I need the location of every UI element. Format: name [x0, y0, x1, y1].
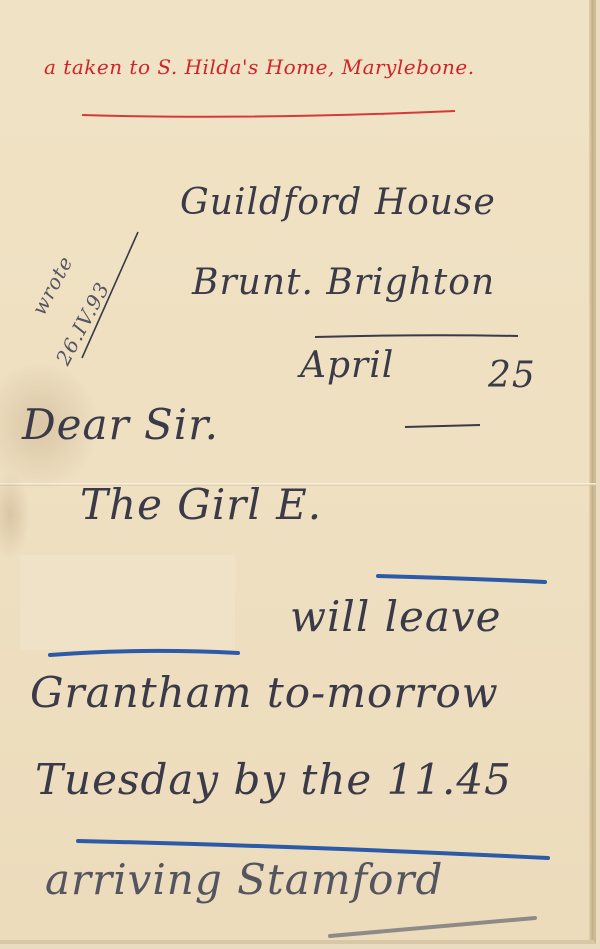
redacted-region [20, 555, 235, 650]
address-line-2: Brunt. Brighton [192, 262, 495, 303]
salutation: Dear Sir. [22, 400, 219, 449]
pencil-scribble [330, 918, 535, 936]
red-underline [82, 111, 455, 117]
pen-strokes [0, 0, 600, 949]
paper-edge [589, 0, 593, 940]
blue-underline-1 [378, 576, 545, 582]
body-line-4: Tuesday by the 11.45 [35, 755, 512, 804]
red-annotation: a taken to S. Hilda's Home, Marylebone. [44, 55, 475, 79]
body-line-3: Grantham to-morrow [30, 668, 499, 717]
date-underline [405, 425, 480, 427]
date-month: April [300, 345, 394, 386]
date-day: 25 [488, 355, 536, 396]
margin-note-wrote: wrote [27, 252, 78, 319]
body-line-1: The Girl E. [80, 480, 322, 529]
letter-page: a taken to S. Hilda's Home, Marylebone. … [0, 0, 596, 944]
blue-underline-2 [50, 651, 238, 655]
address-underline [315, 335, 518, 337]
body-line-5: arriving Stamford [45, 855, 443, 904]
address-line-1: Guildford House [180, 182, 496, 223]
body-line-2: will leave [290, 592, 502, 641]
